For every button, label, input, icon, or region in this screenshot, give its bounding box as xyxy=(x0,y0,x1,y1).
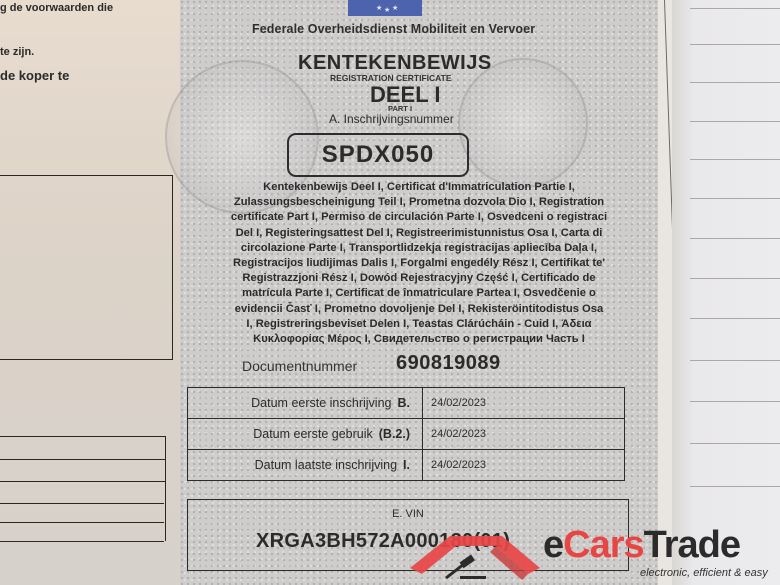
table-row: Datum eerste gebruik(B.2.) 24/02/2023 xyxy=(188,419,625,450)
registration-dates-table: Datum eerste inschrijvingB. 24/02/2023 D… xyxy=(187,387,625,481)
registration-number-box: SPDX050 xyxy=(287,133,469,177)
notebook-line xyxy=(690,401,780,402)
date-code: B. xyxy=(398,396,411,410)
logo-trade: Trade xyxy=(644,524,740,566)
notebook-line xyxy=(690,198,780,199)
left-page-line xyxy=(0,522,164,523)
multilingual-titles: Kentekenbewijs Deel I, Certificat d'Imma… xyxy=(192,180,646,347)
registration-number-label: A. Inschrijvingsnummer xyxy=(329,112,454,126)
date-label: Datum eerste gebruik xyxy=(253,427,373,441)
date-label-cell: Datum laatste inschrijvingI. xyxy=(188,450,423,481)
left-page-line xyxy=(0,436,166,437)
date-value: 24/02/2023 xyxy=(423,388,625,419)
issuing-agency: Federale Overheidsdienst Mobiliteit en V… xyxy=(252,22,535,36)
left-page-text-2: te zijn. xyxy=(0,46,34,58)
notebook-line xyxy=(690,278,780,279)
notebook-line xyxy=(690,443,780,444)
multilingual-line: I, Registreringsbeviset Delen I, Teastas… xyxy=(192,317,646,332)
left-page-line xyxy=(0,503,164,504)
multilingual-line: matrícula Parte I, Certificat de înmatri… xyxy=(192,286,646,301)
multilingual-line: certificate Part I, Permiso de circulaci… xyxy=(192,210,646,225)
table-row: Datum eerste inschrijvingB. 24/02/2023 xyxy=(188,388,625,419)
notebook-line xyxy=(690,8,780,9)
left-page-text-1: g de voorwaarden die xyxy=(0,2,113,14)
registration-number: SPDX050 xyxy=(289,141,467,169)
notebook-line xyxy=(690,82,780,83)
multilingual-line: Registracijos liudijimas Dalis I, Forgal… xyxy=(192,256,646,271)
logo-wordmark: eCarsTrade xyxy=(543,524,740,567)
multilingual-line: circolazione Parte I, Transportlidzekja … xyxy=(192,241,646,256)
multilingual-line: Κυκλοφορίας Μέρος I, Свидетельство о рег… xyxy=(192,332,646,347)
car-roof-gavel-icon xyxy=(410,528,545,585)
logo-e: e xyxy=(543,524,563,566)
notebook-line xyxy=(690,486,780,487)
notebook-line xyxy=(690,159,780,160)
left-page-line xyxy=(0,459,165,460)
date-code: (B.2.) xyxy=(379,427,410,441)
multilingual-line: Registrazzjoni Rész I, Dowód Rejestracyj… xyxy=(192,271,646,286)
table-row: Datum laatste inschrijvingI. 24/02/2023 xyxy=(188,450,625,481)
multilingual-line: evidencii Časť I, Prometno dovoljenje De… xyxy=(192,302,646,317)
notebook-background xyxy=(672,0,780,585)
date-label-cell: Datum eerste gebruik(B.2.) xyxy=(188,419,423,450)
date-value: 24/02/2023 xyxy=(423,450,625,481)
watermark-wheel-right xyxy=(458,58,588,188)
notebook-line xyxy=(690,121,780,122)
ecarstrade-watermark-logo: eCarsTrade electronic, efficient & easy xyxy=(400,522,780,585)
notebook-line xyxy=(690,360,780,361)
vin-label: E. VIN xyxy=(188,508,628,520)
multilingual-line: Zulassungsbescheinigung Teil I, Prometna… xyxy=(192,195,646,210)
notebook-line xyxy=(690,318,780,319)
document-number-label: Documentnummer xyxy=(242,358,357,374)
date-label: Datum laatste inschrijving xyxy=(255,458,397,472)
date-value: 24/02/2023 xyxy=(423,419,625,450)
date-code: I. xyxy=(403,458,410,472)
date-label: Datum eerste inschrijving xyxy=(251,396,391,410)
notebook-line xyxy=(690,44,780,45)
left-page-line xyxy=(165,436,166,541)
multilingual-line: Del I, Registeringsattest Del I, Registr… xyxy=(192,226,646,241)
notebook-line xyxy=(690,238,780,239)
left-page-text-3: de koper te xyxy=(0,68,69,83)
multilingual-line: Kentekenbewijs Deel I, Certificat d'Imma… xyxy=(192,180,646,195)
logo-cars: Cars xyxy=(563,524,644,566)
left-page-line xyxy=(0,481,165,482)
eu-flag-icon: ★ ★ ★ xyxy=(348,0,422,16)
left-page-line xyxy=(0,541,164,542)
logo-tagline: electronic, efficient & easy xyxy=(640,567,768,579)
document-title: KENTEKENBEWIJS xyxy=(298,52,492,75)
document-number: 690819089 xyxy=(396,352,501,375)
left-page-box xyxy=(0,175,173,360)
date-label-cell: Datum eerste inschrijvingB. xyxy=(188,388,423,419)
